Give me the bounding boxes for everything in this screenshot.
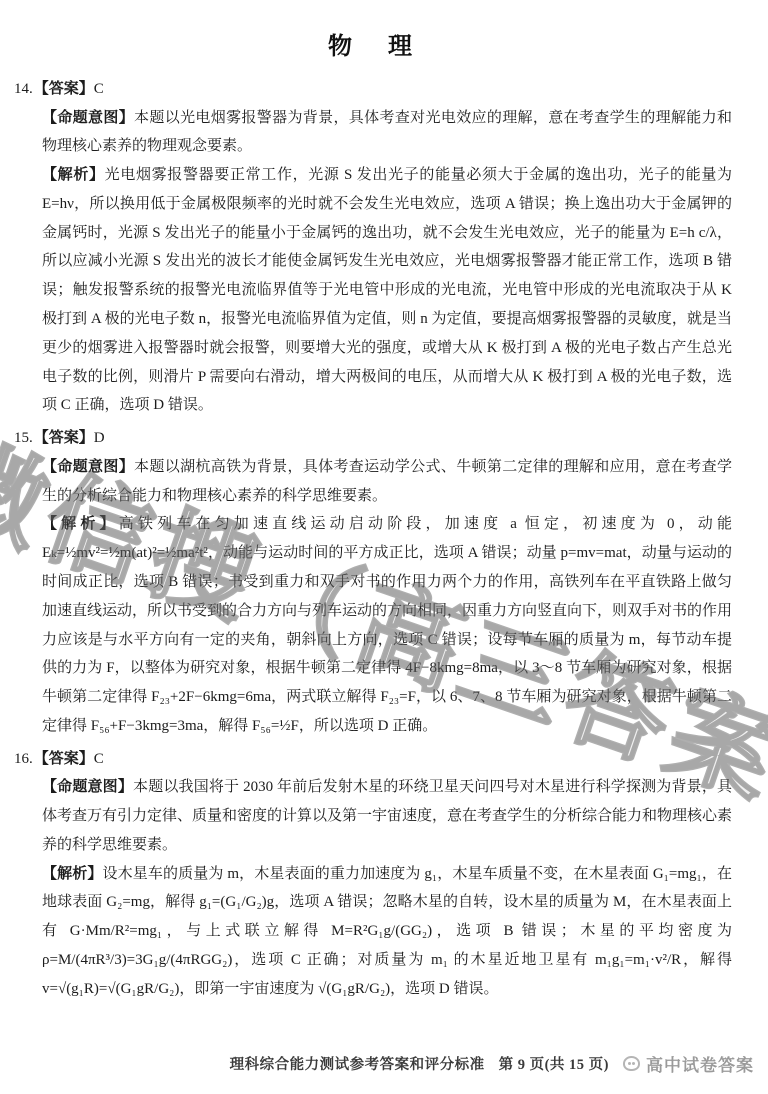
answer-sheet-page: 物 理 14.【答案】C 【命题意图】本题以光电烟雾报警器为背景，具体考查对光电… — [0, 0, 768, 1094]
question-16: 16.【答案】C 【命题意图】本题以我国将于 2030 年前后发射木星的环绕卫星… — [14, 745, 732, 1004]
analysis-label: 【解析】 — [42, 167, 105, 183]
analysis-paragraph: 【解析】光电烟雾报警器要正常工作，光源 S 发出光子的能量必须大于金属的逸出功，… — [42, 161, 732, 420]
intent-text: 本题以我国将于 2030 年前后发射木星的环绕卫星天问四号对木星进行科学探测为背… — [42, 779, 732, 853]
intent-label: 【命题意图】 — [42, 110, 134, 126]
question-number: 15. — [14, 430, 34, 446]
analysis-paragraph: 【解析】高铁列车在匀加速直线运动启动阶段，加速度 a 恒定，初速度为 0，动能 … — [42, 510, 732, 740]
answer-value: C — [94, 751, 104, 767]
analysis-label: 【解析】 — [42, 866, 102, 882]
brand-name: 高中试卷答案 — [646, 1051, 754, 1076]
question-14: 14.【答案】C 【命题意图】本题以光电烟雾报警器为背景，具体考查对光电效应的理… — [14, 75, 732, 420]
question-number: 16. — [14, 751, 34, 767]
analysis-label: 【解析】 — [42, 516, 119, 532]
brand-logo-icon — [623, 1056, 640, 1071]
intent-text: 本题以光电烟雾报警器为背景，具体考查对光电效应的理解，意在考查学生的理解能力和物… — [42, 110, 732, 155]
intent-paragraph: 【命题意图】本题以光电烟雾报警器为背景，具体考查对光电效应的理解，意在考查学生的… — [42, 104, 732, 162]
answer-line: 14.【答案】C — [42, 75, 732, 104]
footer-page-number: 第 9 页(共 15 页) — [499, 1053, 609, 1074]
page-title: 物 理 — [14, 26, 732, 61]
answer-label: 【答案】 — [34, 81, 94, 97]
answer-value: C — [94, 81, 104, 97]
question-number: 14. — [14, 81, 34, 97]
answer-line: 15.【答案】D — [42, 424, 732, 453]
footer-brand: 高中试卷答案 — [623, 1051, 754, 1076]
intent-paragraph: 【命题意图】本题以我国将于 2030 年前后发射木星的环绕卫星天问四号对木星进行… — [42, 773, 732, 859]
answer-value: D — [94, 430, 105, 446]
answer-label: 【答案】 — [34, 430, 94, 446]
intent-paragraph: 【命题意图】本题以湖杭高铁为背景，具体考查运动学公式、牛顿第二定律的理解和应用，… — [42, 453, 732, 511]
page-footer: 理科综合能力测试参考答案和评分标准 第 9 页(共 15 页) 高中试卷答案 — [14, 1051, 754, 1076]
intent-text: 本题以湖杭高铁为背景，具体考查运动学公式、牛顿第二定律的理解和应用，意在考查学生… — [42, 459, 732, 504]
answer-line: 16.【答案】C — [42, 745, 732, 774]
intent-label: 【命题意图】 — [42, 779, 133, 795]
analysis-text: 高铁列车在匀加速直线运动启动阶段，加速度 a 恒定，初速度为 0，动能 Eₖ=½… — [42, 516, 732, 734]
intent-label: 【命题意图】 — [42, 459, 134, 475]
analysis-text: 光电烟雾报警器要正常工作，光源 S 发出光子的能量必须大于金属的逸出功，光子的能… — [42, 167, 732, 413]
question-15: 15.【答案】D 【命题意图】本题以湖杭高铁为背景，具体考查运动学公式、牛顿第二… — [14, 424, 732, 740]
analysis-paragraph: 【解析】设木星车的质量为 m，木星表面的重力加速度为 g₁，木星车质量不变，在木… — [42, 860, 732, 1004]
analysis-text: 设木星车的质量为 m，木星表面的重力加速度为 g₁，木星车质量不变，在木星表面 … — [42, 866, 732, 997]
answer-label: 【答案】 — [34, 751, 94, 767]
footer-doc-title: 理科综合能力测试参考答案和评分标准 — [230, 1053, 485, 1074]
